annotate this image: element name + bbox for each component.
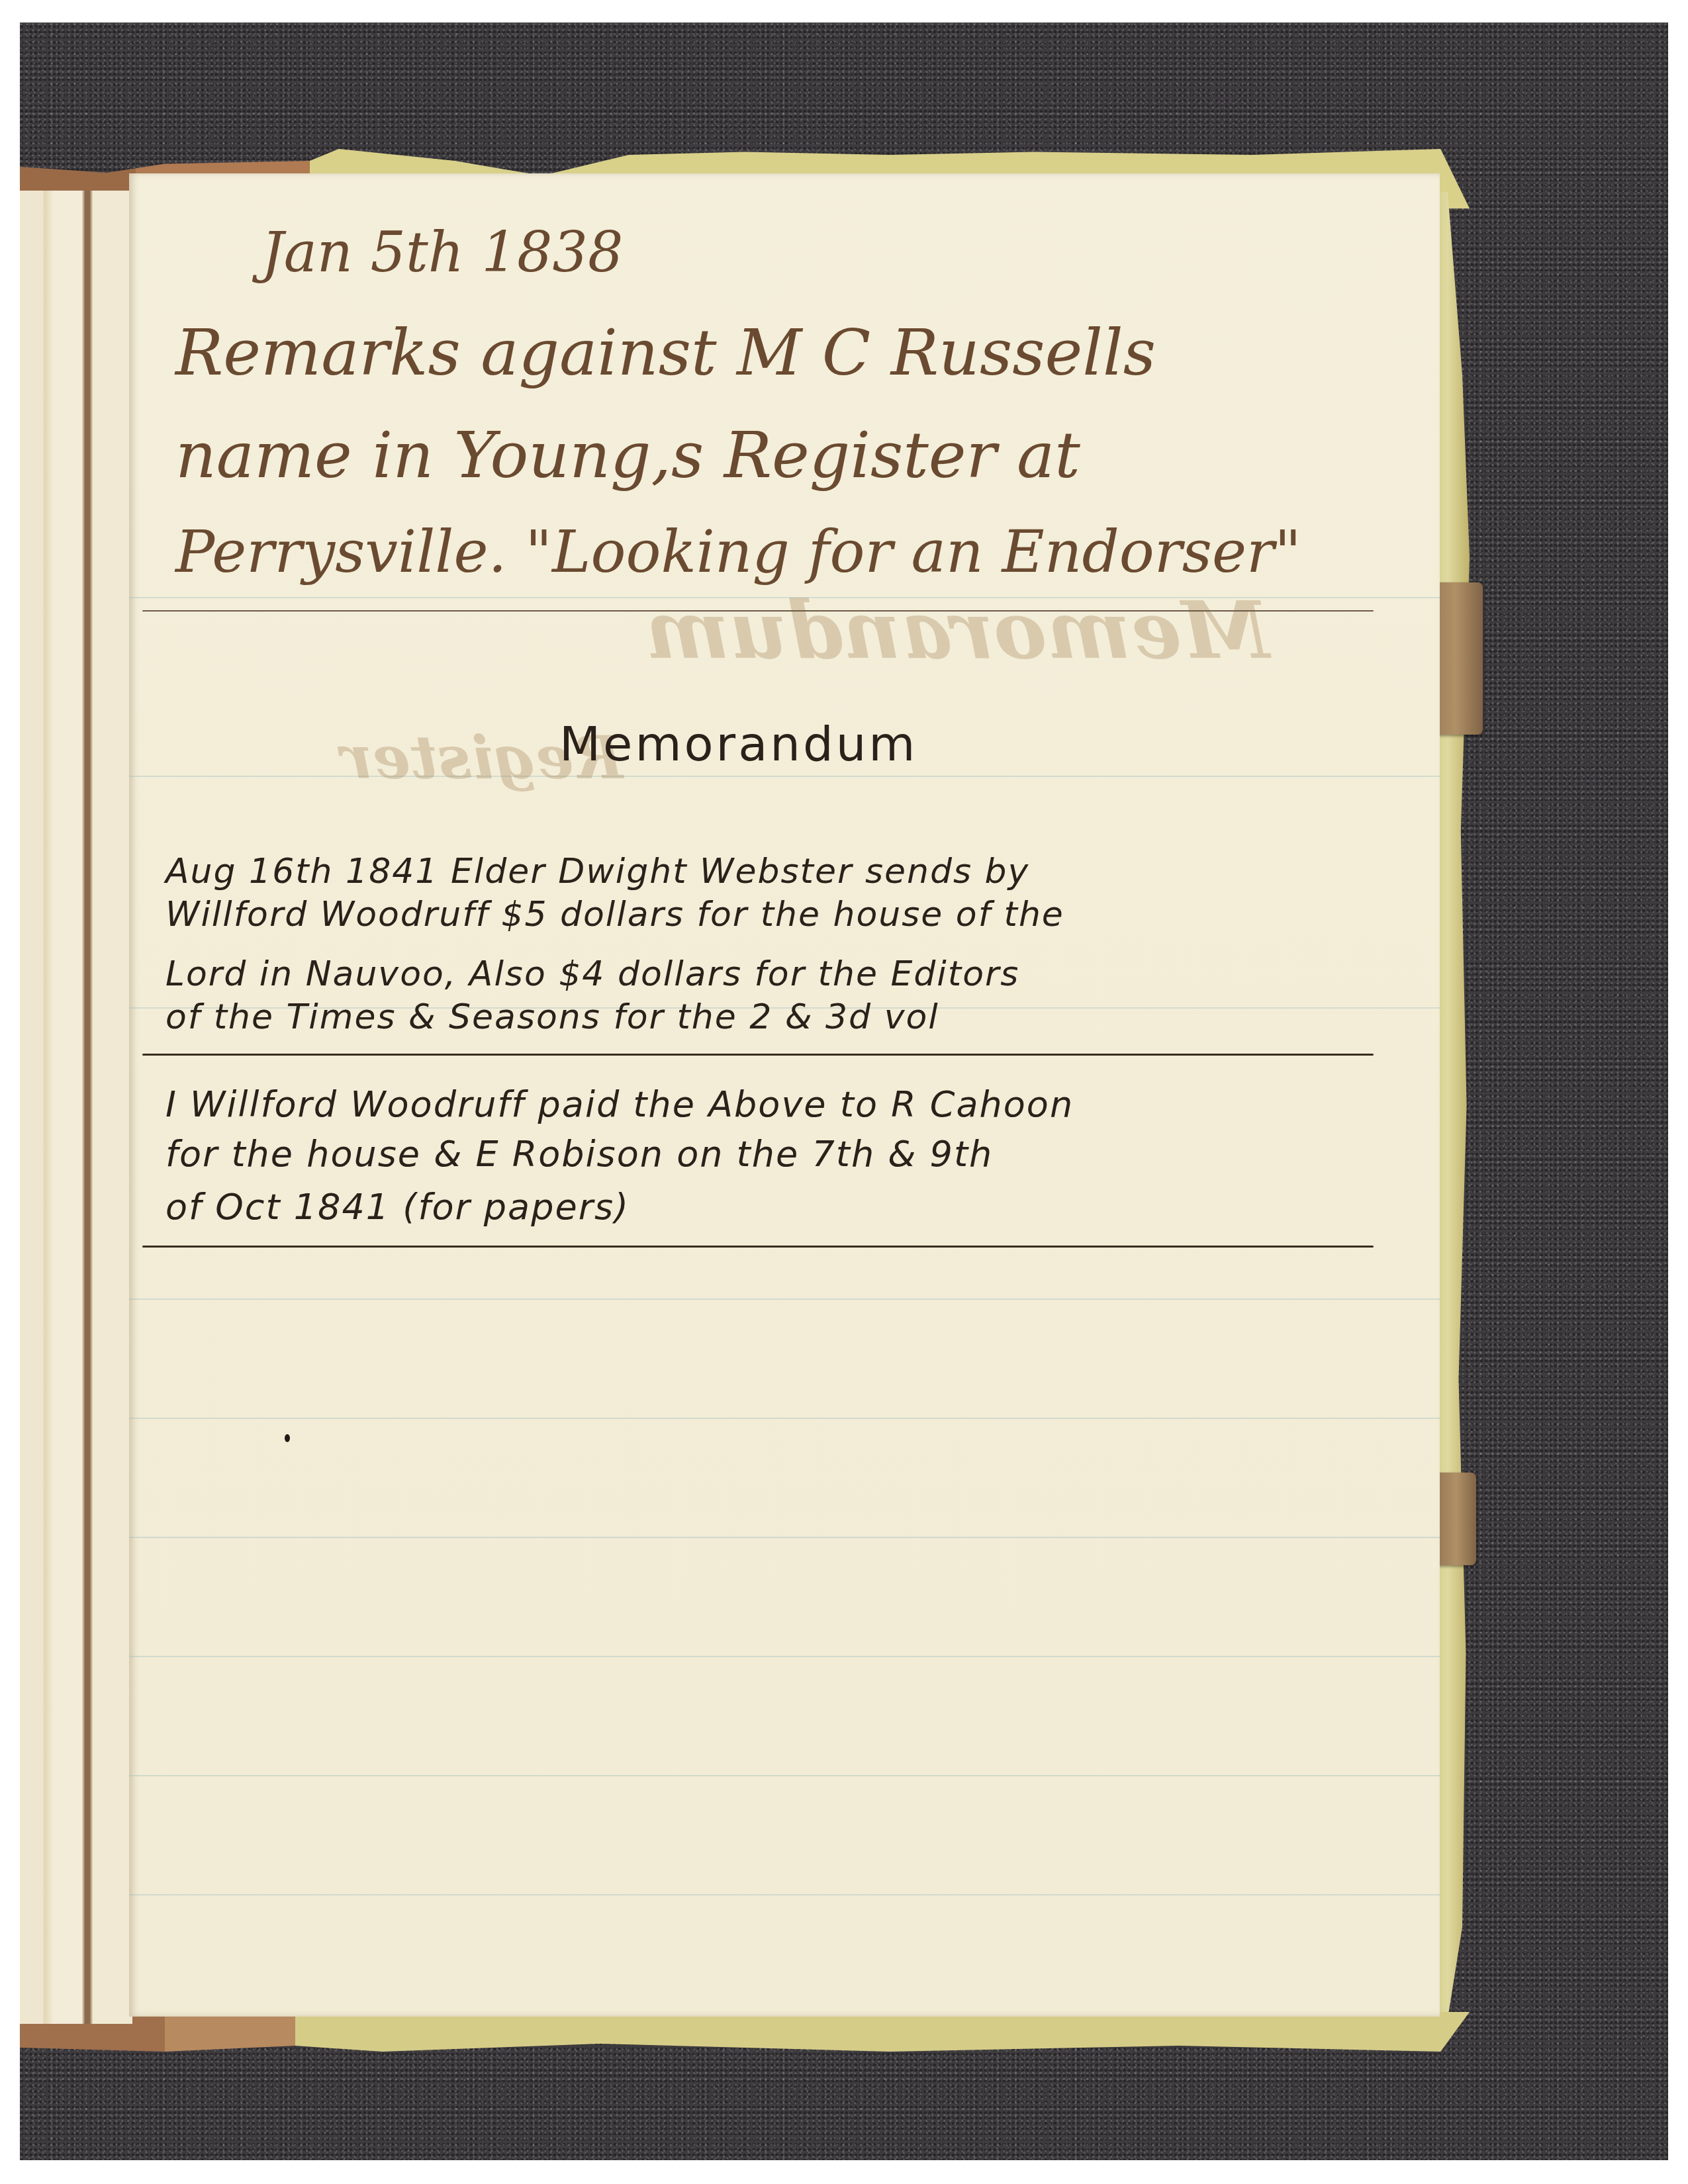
memo-line: I Willford Woodruff paid the Above to R … (165, 1083, 1074, 1125)
memo-line: Willford Woodruff $5 dollars for the hou… (165, 895, 1064, 934)
memo-line: of the Times & Seasons for the 2 & 3d vo… (165, 997, 939, 1037)
entry-divider (142, 1246, 1374, 1248)
memo-line: of Oct 1841 (for papers) (165, 1186, 630, 1228)
entry-date: Jan 5th 1838 (261, 220, 623, 285)
entry-line: name in Young,s Register at (175, 418, 1080, 492)
memo-line: Aug 16th 1841 Elder Dwight Webster sends… (165, 852, 1029, 891)
memorandum-heading: Memorandum (559, 716, 917, 772)
bleed-through-text: Memorandum (645, 584, 1270, 677)
memo-line: Lord in Nauvoo, Also $4 dollars for the … (165, 954, 1019, 994)
notebook-page: Memorandum Register Jan 5th 1838 Remarks… (129, 173, 1440, 2017)
cover-bottom-edge (20, 2012, 1470, 2052)
entry-line: Remarks against M C Russells (175, 316, 1156, 390)
memo-line: for the house & E Robison on the 7th & 9… (165, 1133, 993, 1175)
section-divider (142, 610, 1374, 612)
ink-dot (285, 1434, 290, 1442)
entry-line: Perrysville. "Looking for an Endorser" (175, 518, 1301, 586)
left-page-stack (20, 191, 132, 2024)
entry-divider (142, 1054, 1374, 1056)
